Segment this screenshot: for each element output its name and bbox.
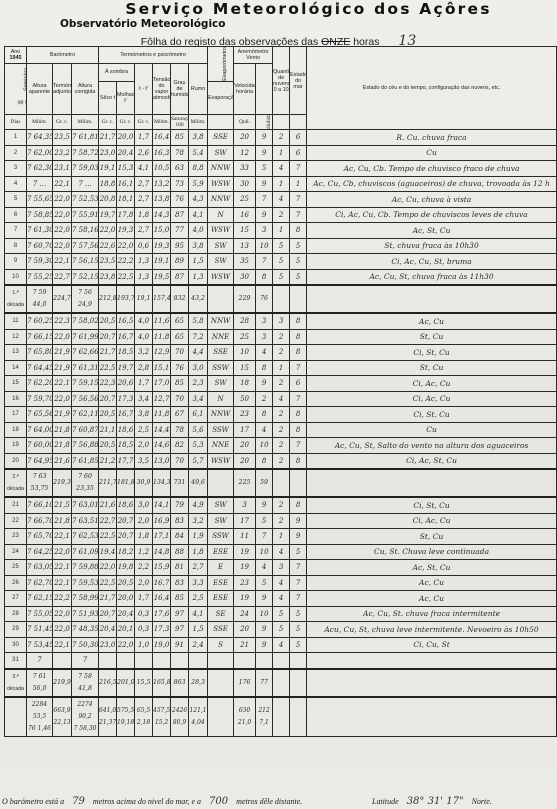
decade-label: 2.ª década [5,469,27,497]
value-cell: 7 57,56 [72,238,99,254]
remarks-cell [307,653,557,669]
value-cell: 87 [171,269,189,285]
decade-label: 3.ª década [5,669,27,697]
summary-cell [208,669,234,697]
remarks-cell: Ci, Ac, St, Cu [307,453,557,469]
value-cell: 7 62,53 [72,529,99,545]
value-cell: 3,4 [189,391,208,407]
value-cell: 81 [171,560,189,576]
value-cell: 88 [171,544,189,560]
value-cell: 83 [171,513,189,529]
visibility-cell: 5 [290,269,307,285]
value-cell: 0,3 [135,606,153,622]
value-cell: 7 58,85 [27,207,53,223]
day-number: 31 [5,653,27,669]
value-cell: 21,9 [53,345,72,361]
evaporation-header: Evaporação [208,81,234,114]
day-row: 287 55,0522,07 51,9320,720,40,317,6974,1… [5,606,557,622]
value-cell: 22,1 [53,254,72,270]
value-cell: 21,6 [53,453,72,469]
value-cell: 9 [256,637,273,653]
summary-cell: 134,3 [153,469,171,497]
value-cell: 5 [273,238,290,254]
value-cell: 3 [256,313,273,329]
day-row: 37 62,3023,17 59,0319,115,34,110,5638,8N… [5,161,557,177]
summary-cell: 212,8 [99,285,117,313]
value-cell: 7 66,15 [27,329,53,345]
value-cell: 16,7 [153,575,171,591]
summary-cell: 229 [234,285,256,313]
value-cell: 1,8 [135,529,153,545]
value-cell: 7 64,00 [27,422,53,438]
remarks-cell [307,669,557,697]
value-cell: 18,5 [117,345,135,361]
visibility-cell: 7 [290,192,307,208]
summary-cell: 224,7 [53,285,72,313]
total-cell [290,697,307,737]
value-cell: 22,2 [53,591,72,607]
value-cell: 3 [256,223,273,239]
value-cell: SSW [208,422,234,438]
value-cell: 5,6 [189,422,208,438]
value-cell: 21,8 [53,513,72,529]
value-cell: 8 [256,407,273,423]
value-cell: 2 [256,391,273,407]
value-cell: 4,0 [189,223,208,239]
day-number: 23 [5,529,27,545]
visibility-header: Visibilidade [256,115,273,130]
summary-cell: 7 63 53,75 [27,469,53,497]
value-cell: 1 [273,223,290,239]
summary-cell: 211,7 [99,469,117,497]
value-cell: 13,8 [153,192,171,208]
remarks-cell: Ac, Cu, St, Salto do vento na altura dos… [307,438,557,454]
value-cell: 3,8 [189,130,208,146]
value-cell: 23,2 [53,145,72,161]
value-cell: 7 58,02 [72,313,99,329]
decade-label: 1.ª década [5,285,27,313]
value-cell: 16 [234,207,256,223]
barometer-header: Barómetro [27,47,99,64]
value-cell: 7 62,11 [72,407,99,423]
visibility-cell: 7 [290,591,307,607]
value-cell: 11,8 [153,407,171,423]
value-cell: 22,1 [53,176,72,192]
value-cell: 19 [234,591,256,607]
total-cell: 242680,9 [171,697,189,737]
value-cell: 24 [234,606,256,622]
visibility-cell: 6 [290,145,307,161]
value-cell: 4 [273,391,290,407]
value-cell: 21,9 [53,360,72,376]
value-cell: 22,0 [53,192,72,208]
day-row: 157 62,2022,17 59,1522,320,61,717,0852,3… [5,376,557,392]
value-cell: 70 [171,391,189,407]
value-cell: 14,3 [153,207,171,223]
summary-cell: 176 [234,669,256,697]
value-cell: 16,4 [153,130,171,146]
value-cell: SW [208,513,234,529]
value-cell: SSE [208,622,234,638]
total-cell: 457,515,2 [153,697,171,737]
value-cell: 7 ... [72,176,99,192]
value-cell: 23 [234,407,256,423]
value-cell: 21,2 [99,453,117,469]
value-cell: NNW [208,313,234,329]
value-cell: 7 61,30 [27,223,53,239]
value-cell: 9 [256,622,273,638]
value-cell: 22,1 [53,560,72,576]
value-cell: 2,5 [135,422,153,438]
barometer-altitude: 79 [66,796,91,807]
day-number: 14 [5,360,27,376]
value-cell: 20,4 [117,606,135,622]
value-cell: 7 ... [27,176,53,192]
value-cell: 10 [256,438,273,454]
value-cell: 21,7 [99,130,117,146]
summary-cell: 7 59 44,0 [27,285,53,313]
summary-cell [273,469,290,497]
value-cell: 14,1 [153,497,171,513]
value-cell: 20,5 [99,313,117,329]
summary-cell: 43,2 [189,285,208,313]
day-number: 4 [5,176,27,192]
value-cell: 22,0 [53,622,72,638]
remarks-cell: Ac, Cu [307,591,557,607]
barometer-distance: 700 [203,796,234,807]
value-cell: 20,7 [99,329,117,345]
remarks-cell: Ac, Cu, St. chuva fraca intermitente [307,606,557,622]
remarks-cell: Ci, St, Cu [307,345,557,361]
day-row: 17 64,3523,57 61,8121,720,01,716,4853,8S… [5,130,557,146]
value-cell: 19,7 [117,360,135,376]
value-cell: 7,2 [189,329,208,345]
value-cell: 16,9 [153,513,171,529]
value-cell: 2,6 [135,145,153,161]
value-cell: 9 [256,176,273,192]
value-cell: 14,8 [153,544,171,560]
wet-header: Molhado t' [117,81,135,114]
value-cell: 10 [234,345,256,361]
value-cell: 22,1 [53,637,72,653]
day-number: 18 [5,422,27,438]
remarks-cell: Acu, Cu, St, chuva leve intermitente. Ne… [307,622,557,638]
value-cell: 87 [171,207,189,223]
value-cell: 21,1 [99,422,117,438]
value-cell: 1,7 [135,130,153,146]
day-row: 27 62,0023,27 58,7223,020,42,616,3785,4S… [5,145,557,161]
day-row: 127 66,1522,07 61,9920,716,74,011,8657,2… [5,329,557,345]
value-cell: 13,2 [153,176,171,192]
value-cell: 4,1 [135,161,153,177]
day-row: 277 62,1522,27 58,9921,720,01,716,4852,5… [5,591,557,607]
value-cell: 2 [273,376,290,392]
unit-gc: Gr. c. [53,115,72,130]
value-cell: 18,6 [117,422,135,438]
remarks-cell: Ac, Cu, Cb, chuviscos (aguaceiros) de ch… [307,176,557,192]
value-cell: 20,8 [99,192,117,208]
value-cell: 19,3 [117,223,135,239]
value-cell: 3,8 [135,407,153,423]
visibility-cell: 1 [290,176,307,192]
value-cell: 20,4 [117,145,135,161]
value-cell: 11 [234,529,256,545]
remarks-cell: Cu [307,422,557,438]
visibility-cell: 6 [290,130,307,146]
value-cell: 19,1 [153,254,171,270]
value-cell: 7 64,45 [27,360,53,376]
value-cell: 18,5 [117,438,135,454]
value-cell: 1 [273,529,290,545]
value-cell: 7 62,66 [72,345,99,361]
value-cell: NNW [208,192,234,208]
value-cell: 2 [273,513,290,529]
remarks-cell: Ci, St, Cu [307,407,557,423]
value-cell: 7 55,65 [27,192,53,208]
value-cell: 21,7 [99,345,117,361]
value-cell: 8 [256,453,273,469]
value-cell: 7 64,35 [27,130,53,146]
value-cell: 15,9 [153,560,171,576]
day-row: 237 65,7022,17 62,5322,520,71,817,1841,9… [5,529,557,545]
value-cell: 78 [171,145,189,161]
value-cell: 7 61,85 [72,453,99,469]
value-cell: 2,5 [189,591,208,607]
day-number: 19 [5,438,27,454]
value-cell: 0,6 [135,238,153,254]
value-cell: 3,8 [189,238,208,254]
value-cell: 21,6 [99,497,117,513]
visibility-cell: 8 [290,223,307,239]
summary-cell: 77 [256,669,273,697]
value-cell [99,653,117,669]
value-cell: 2,7 [135,223,153,239]
value-cell: 30 [234,269,256,285]
total-cell: 63021,0 [234,697,256,737]
value-cell: 10 [256,238,273,254]
value-cell: 17 [234,422,256,438]
value-cell: 7 [256,254,273,270]
summary-cell: 219,3 [53,469,72,497]
value-cell: 10 [256,544,273,560]
value-cell: 78 [171,422,189,438]
value-cell: 15,0 [153,223,171,239]
decade-summary-row: 3.ª década7 61 56,0219,97 58 41,8216,520… [5,669,557,697]
value-cell: SSW [208,360,234,376]
value-cell: 23 [234,575,256,591]
value-cell: 1,3 [135,254,153,270]
value-cell: 7 62,00 [27,145,53,161]
value-cell: 21,5 [53,497,72,513]
day-number: 8 [5,238,27,254]
value-cell: 2 [273,345,290,361]
summary-cell: 19,1 [135,285,153,313]
value-cell: 76 [171,192,189,208]
day-number: 5 [5,192,27,208]
value-cell: 7 61,81 [72,130,99,146]
value-cell [53,653,72,669]
value-cell: SE [208,606,234,622]
value-cell: 7 63,05 [27,560,53,576]
summary-cell: 832 [171,285,189,313]
summary-cell: 15,5 [135,669,153,697]
value-cell: NNE [208,329,234,345]
value-cell: 25 [234,329,256,345]
total-cell: 641,021,37 [99,697,117,737]
value-cell: 18,1 [117,192,135,208]
value-cell: 7 56,15 [72,254,99,270]
value-cell: 2,7 [135,192,153,208]
day-row: 47 ...22,17 ...18,816,12,713,2735,9WSW30… [5,176,557,192]
remarks-cell: St, Cu [307,529,557,545]
value-cell: SW [208,238,234,254]
value-cell: 19,1 [99,161,117,177]
visibility-cell: 9 [290,529,307,545]
value-cell: 7 59,88 [72,560,99,576]
baro-thermo-header: Termómetro adjunto [53,64,72,115]
value-cell: SW [208,254,234,270]
dry-header: Sêco t [99,81,117,114]
value-cell: WSW [208,453,234,469]
value-cell: 3,3 [189,575,208,591]
value-cell: 22,7 [99,513,117,529]
evaporometer-header: Evaporómetro [208,47,234,82]
value-cell: 7 52,15 [72,269,99,285]
unit-mm: Milim. [153,115,171,130]
summary-cell: 30,9 [135,469,153,497]
value-cell: 4 [273,575,290,591]
value-cell: 3,2 [189,513,208,529]
value-cell: 2,0 [135,575,153,591]
remarks-cell: Ci, Ac, Cu [307,513,557,529]
day-number: 2 [5,145,27,161]
value-cell: 10,5 [153,161,171,177]
value-cell: 4 [273,637,290,653]
day-row: 207 64,9521,67 61,8521,217,73,513,0705,7… [5,453,557,469]
value-cell: 17,6 [153,606,171,622]
summary-cell: 731 [171,469,189,497]
value-cell: 25 [234,192,256,208]
value-cell: 3,5 [135,453,153,469]
value-cell [208,653,234,669]
value-cell: 5,9 [189,176,208,192]
summary-cell [208,285,234,313]
day-number: 7 [5,223,27,239]
value-cell: 4,4 [189,345,208,361]
visibility-cell: 8 [290,345,307,361]
value-cell: 18,8 [99,176,117,192]
days-header: Dias [5,115,27,130]
visibility-cell: 5 [290,544,307,560]
day-row: 117 60,2522,37 58,0220,516,54,011,6655,8… [5,313,557,329]
day-number: 30 [5,637,27,653]
value-cell: 20,7 [99,606,117,622]
month-header: Mês de Setembro [5,64,27,115]
remarks-cell: Ac, Cu, St, chuva fraca às 11h30 [307,269,557,285]
unit-mm: Milim. [72,115,99,130]
institution-title: Serviço Meteorológico dos Açôres [0,0,557,18]
value-cell: 85 [171,591,189,607]
value-cell: 19,0 [153,637,171,653]
value-cell: 19,4 [99,544,117,560]
value-cell: 13 [234,238,256,254]
value-cell: 10 [256,606,273,622]
value-cell: 11,6 [153,313,171,329]
value-cell: 5 [256,575,273,591]
value-cell: N [208,391,234,407]
value-cell: 4,9 [189,497,208,513]
baro-corrected-header: Altura corrigida [72,64,99,115]
value-cell: 1,3 [135,269,153,285]
day-number: 25 [5,560,27,576]
value-cell: 7 66,10 [27,497,53,513]
day-row: 257 63,0522,17 59,8822,019,82,215,9812,7… [5,560,557,576]
value-cell: 7 56,56 [72,391,99,407]
monthly-totals-row: 2284 53,576 1,46663,922,132274 90,27 58,… [5,697,557,737]
unit-blank [290,115,307,130]
visibility-cell: 8 [290,453,307,469]
value-cell: 7 60,87 [72,422,99,438]
remarks-cell: St, Cu [307,329,557,345]
summary-cell [290,469,307,497]
value-cell: 17,0 [153,376,171,392]
value-cell: 21,9 [53,407,72,423]
value-cell: 3,0 [189,360,208,376]
value-cell: 20,7 [117,513,135,529]
total-cell: 663,922,13 [53,697,72,737]
value-cell: 22,0 [53,238,72,254]
visibility-cell: 8 [290,329,307,345]
value-cell: 70 [171,345,189,361]
decade-summary-row: 1.ª década7 59 44,0224,77 56 24,9212,819… [5,285,557,313]
value-cell: 1,8 [189,544,208,560]
remarks-cell: Ci, Cu, St [307,637,557,653]
value-cell: 82 [171,438,189,454]
value-cell: 16,1 [117,176,135,192]
value-cell: 2 [273,130,290,146]
day-row: 177 65,5621,97 62,1120,516,73,811,8676,1… [5,407,557,423]
visibility-cell: 8 [290,422,307,438]
day-number: 20 [5,453,27,469]
value-cell: 4 [256,560,273,576]
value-cell: 84 [171,529,189,545]
value-cell: 16,5 [117,313,135,329]
visibility-cell: 5 [290,254,307,270]
visibility-cell: 7 [290,575,307,591]
unit-saturation: Saturação 100 [171,115,189,130]
value-cell: 1,3 [189,269,208,285]
value-cell: 63 [171,161,189,177]
value-cell: 33 [234,161,256,177]
remarks-cell: Cu [307,145,557,161]
value-cell: 7 [256,192,273,208]
day-number: 11 [5,313,27,329]
value-cell: 2 [273,438,290,454]
value-cell: 15 [234,360,256,376]
day-row: 97 59,3022,17 56,1523,522,21,319,1891,5S… [5,254,557,270]
value-cell: 9 [256,130,273,146]
value-cell: NNW [208,407,234,423]
value-cell: 2,3 [189,376,208,392]
visibility-cell: 7 [290,560,307,576]
remarks-cell: Ac, Cu [307,313,557,329]
day-number: 27 [5,591,27,607]
value-cell: 18 [234,376,256,392]
value-cell: 65 [171,313,189,329]
visibility-cell: 7 [290,360,307,376]
observatory-subtitle: Observatório Meteorológico [60,18,225,30]
value-cell: 20,7 [117,529,135,545]
